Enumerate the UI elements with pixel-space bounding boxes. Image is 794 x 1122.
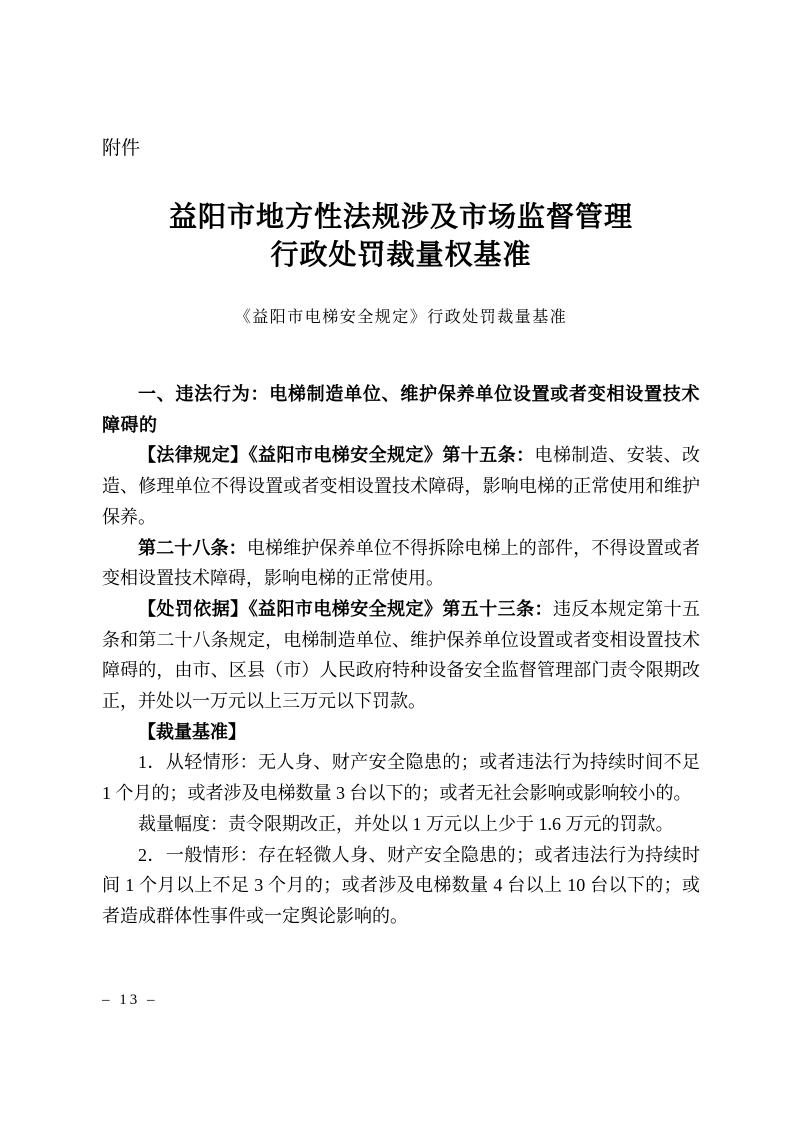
para-violation-act-heading: 一、违法行为：电梯制造单位、维护保养单位设置或者变相设置技术障碍的 <box>102 379 700 440</box>
para-article-28: 第二十八条：电梯维护保养单位不得拆除电梯上的部件，不得设置或者变相设置技术障碍，… <box>102 533 700 594</box>
para-mitigated-circumstance: 1．从轻情形：无人身、财产安全隐患的；或者违法行为持续时间不足 1 个月的；或者… <box>102 747 700 808</box>
document-title: 益阳市地方性法规涉及市场监督管理 行政处罚裁量权基准 <box>102 198 700 274</box>
document-title-line-1: 益阳市地方性法规涉及市场监督管理 <box>102 198 700 236</box>
para-legal-provision-article-15: 【法律规定】《益阳市电梯安全规定》第十五条：电梯制造、安装、改造、修理单位不得设… <box>102 440 700 532</box>
discretion-range-text: 裁量幅度：责令限期改正，并处以 1 万元以上少于 1.6 万元的罚款。 <box>138 814 674 834</box>
para-discretion-benchmark-heading: 【裁量基准】 <box>102 717 700 748</box>
document-page: 附件 益阳市地方性法规涉及市场监督管理 行政处罚裁量权基准 《益阳市电梯安全规定… <box>0 0 794 1122</box>
legal-provision-lead: 【法律规定】《益阳市电梯安全规定》第十五条： <box>138 445 535 465</box>
para-discretion-range: 裁量幅度：责令限期改正，并处以 1 万元以上少于 1.6 万元的罚款。 <box>102 809 700 840</box>
article-28-lead: 第二十八条： <box>138 538 247 558</box>
mitigated-circumstance-text: 1．从轻情形：无人身、财产安全隐患的；或者违法行为持续时间不足 1 个月的；或者… <box>102 752 700 803</box>
para-penalty-basis-article-53: 【处罚依据】《益阳市电梯安全规定》第五十三条：违反本规定第十五条和第二十八条规定… <box>102 594 700 717</box>
page-number: – 13 – <box>102 990 700 1010</box>
para-general-circumstance: 2．一般情形：存在轻微人身、财产安全隐患的；或者违法行为持续时间 1 个月以上不… <box>102 840 700 932</box>
violation-act-heading-text: 一、违法行为：电梯制造单位、维护保养单位设置或者变相设置技术障碍的 <box>102 384 700 435</box>
document-title-line-2: 行政处罚裁量权基准 <box>102 236 700 274</box>
discretion-benchmark-heading-text: 【裁量基准】 <box>138 722 246 742</box>
general-circumstance-text: 2．一般情形：存在轻微人身、财产安全隐患的；或者违法行为持续时间 1 个月以上不… <box>102 845 700 926</box>
attachment-label: 附件 <box>102 138 700 160</box>
document-subtitle: 《益阳市电梯安全规定》行政处罚裁量基准 <box>102 307 700 329</box>
document-body: 一、违法行为：电梯制造单位、维护保养单位设置或者变相设置技术障碍的 【法律规定】… <box>102 379 700 932</box>
penalty-basis-lead: 【处罚依据】《益阳市电梯安全规定》第五十三条： <box>138 599 553 619</box>
